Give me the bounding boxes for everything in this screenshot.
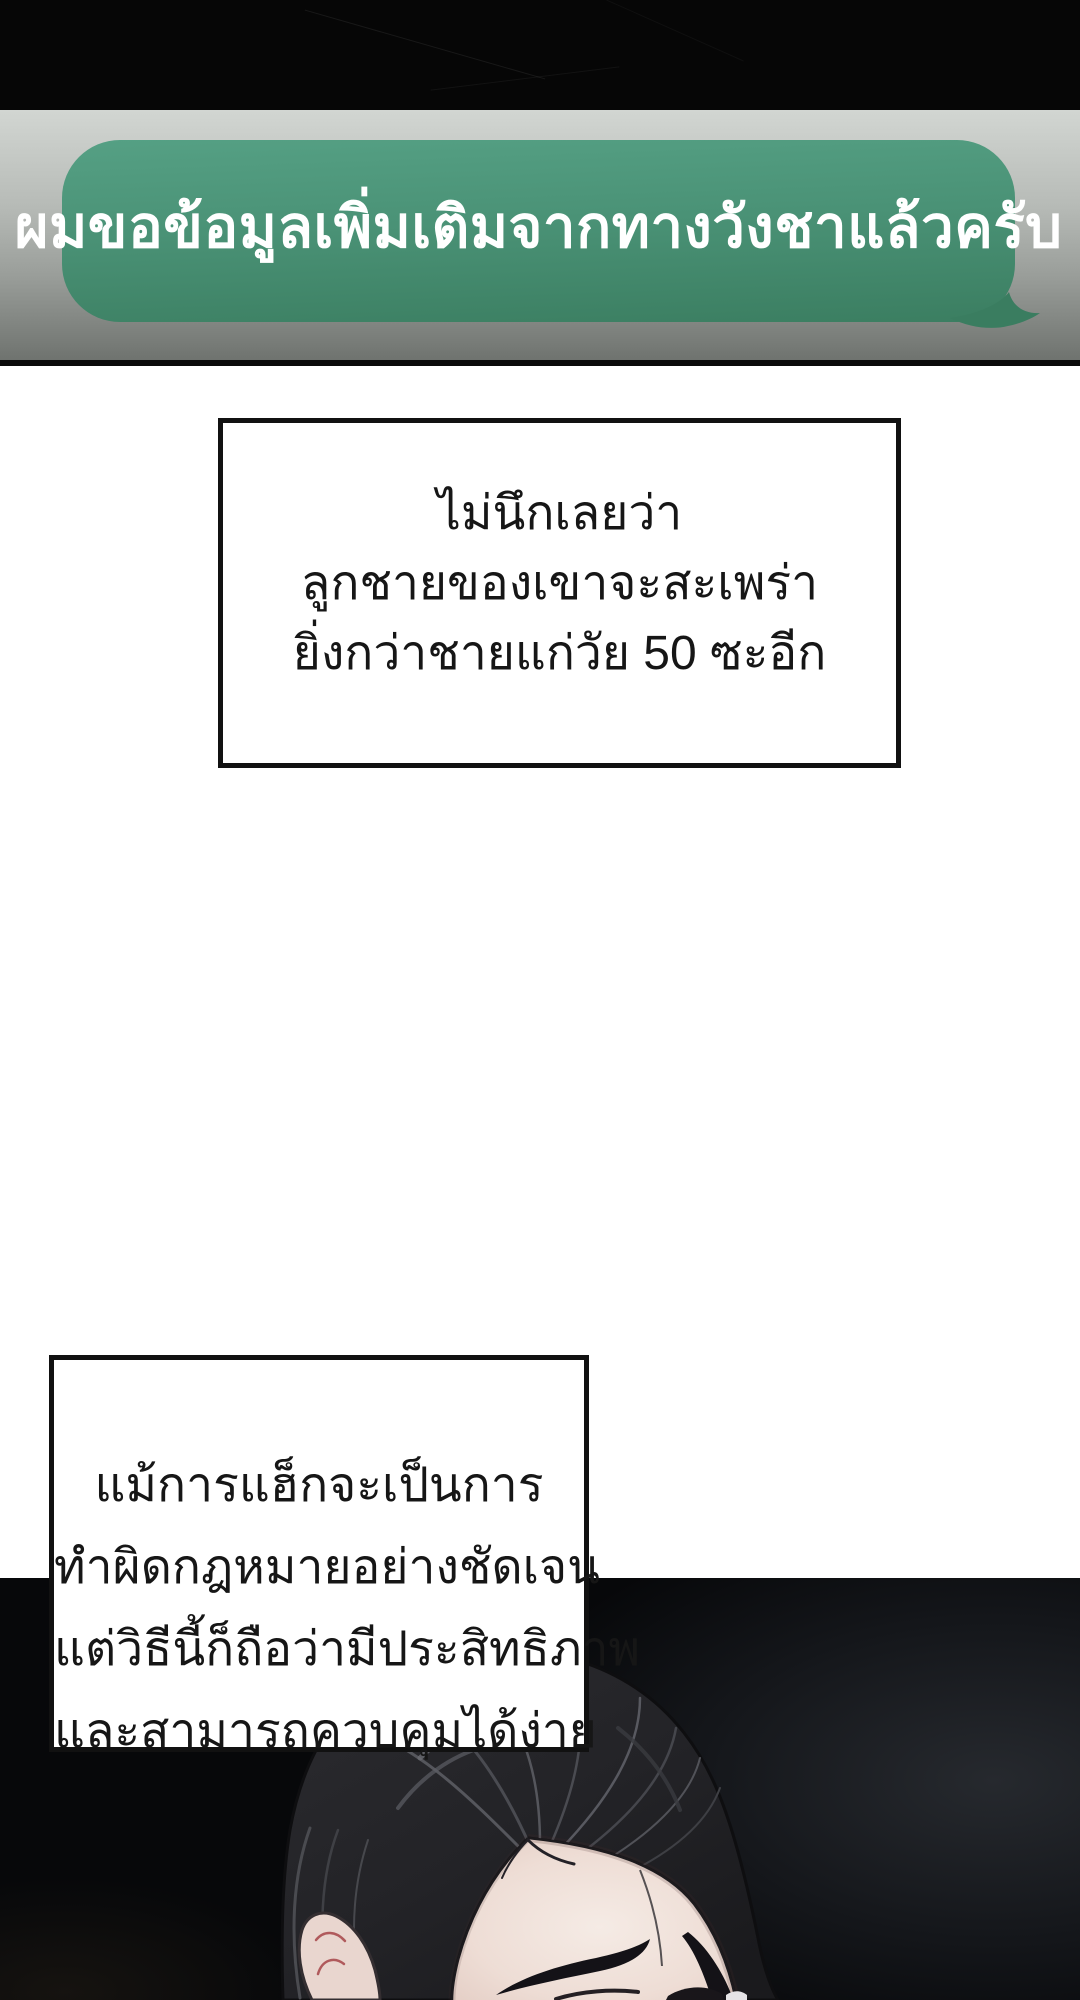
scratch-line [606, 0, 743, 61]
scratch-line [431, 66, 620, 90]
webtoon-page: ผมขอข้อมูลเพิ่มเติมจากทางวังชาแล้วครับ ไ… [0, 0, 1080, 2000]
narration-line: ไม่นึกเลยว่า [223, 479, 896, 549]
narration-box-1: ไม่นึกเลยว่า ลูกชายของเขาจะสะเพร่า ยิ่งก… [218, 418, 901, 768]
chat-panel: ผมขอข้อมูลเพิ่มเติมจากทางวังชาแล้วครับ [0, 110, 1080, 360]
chat-bubble-tail-icon [948, 290, 1043, 336]
narration-line: ยิ่งกว่าชายแก่วัย 50 ซะอีก [223, 619, 896, 689]
narration-box-2: แม้การแฮ็กจะเป็นการ ทำผิดกฎหมายอย่างชัดเ… [49, 1355, 589, 1752]
narration-line: แม้การแฮ็กจะเป็นการ [54, 1445, 584, 1527]
chat-bubble: ผมขอข้อมูลเพิ่มเติมจากทางวังชาแล้วครับ [62, 140, 1015, 322]
narration-line: และสามารถควบคุมได้ง่าย [54, 1691, 584, 1773]
chat-bubble-text: ผมขอข้อมูลเพิ่มเติมจากทางวังชาแล้วครับ [15, 180, 1063, 273]
narration-line: แต่วิธีนี้ก็ถือว่ามีประสิทธิภาพ [54, 1609, 584, 1691]
scratch-line [305, 10, 546, 80]
narration-line: ทำผิดกฎหมายอย่างชัดเจน [54, 1527, 584, 1609]
top-black-panel [0, 0, 1080, 110]
narration-line: ลูกชายของเขาจะสะเพร่า [223, 549, 896, 619]
